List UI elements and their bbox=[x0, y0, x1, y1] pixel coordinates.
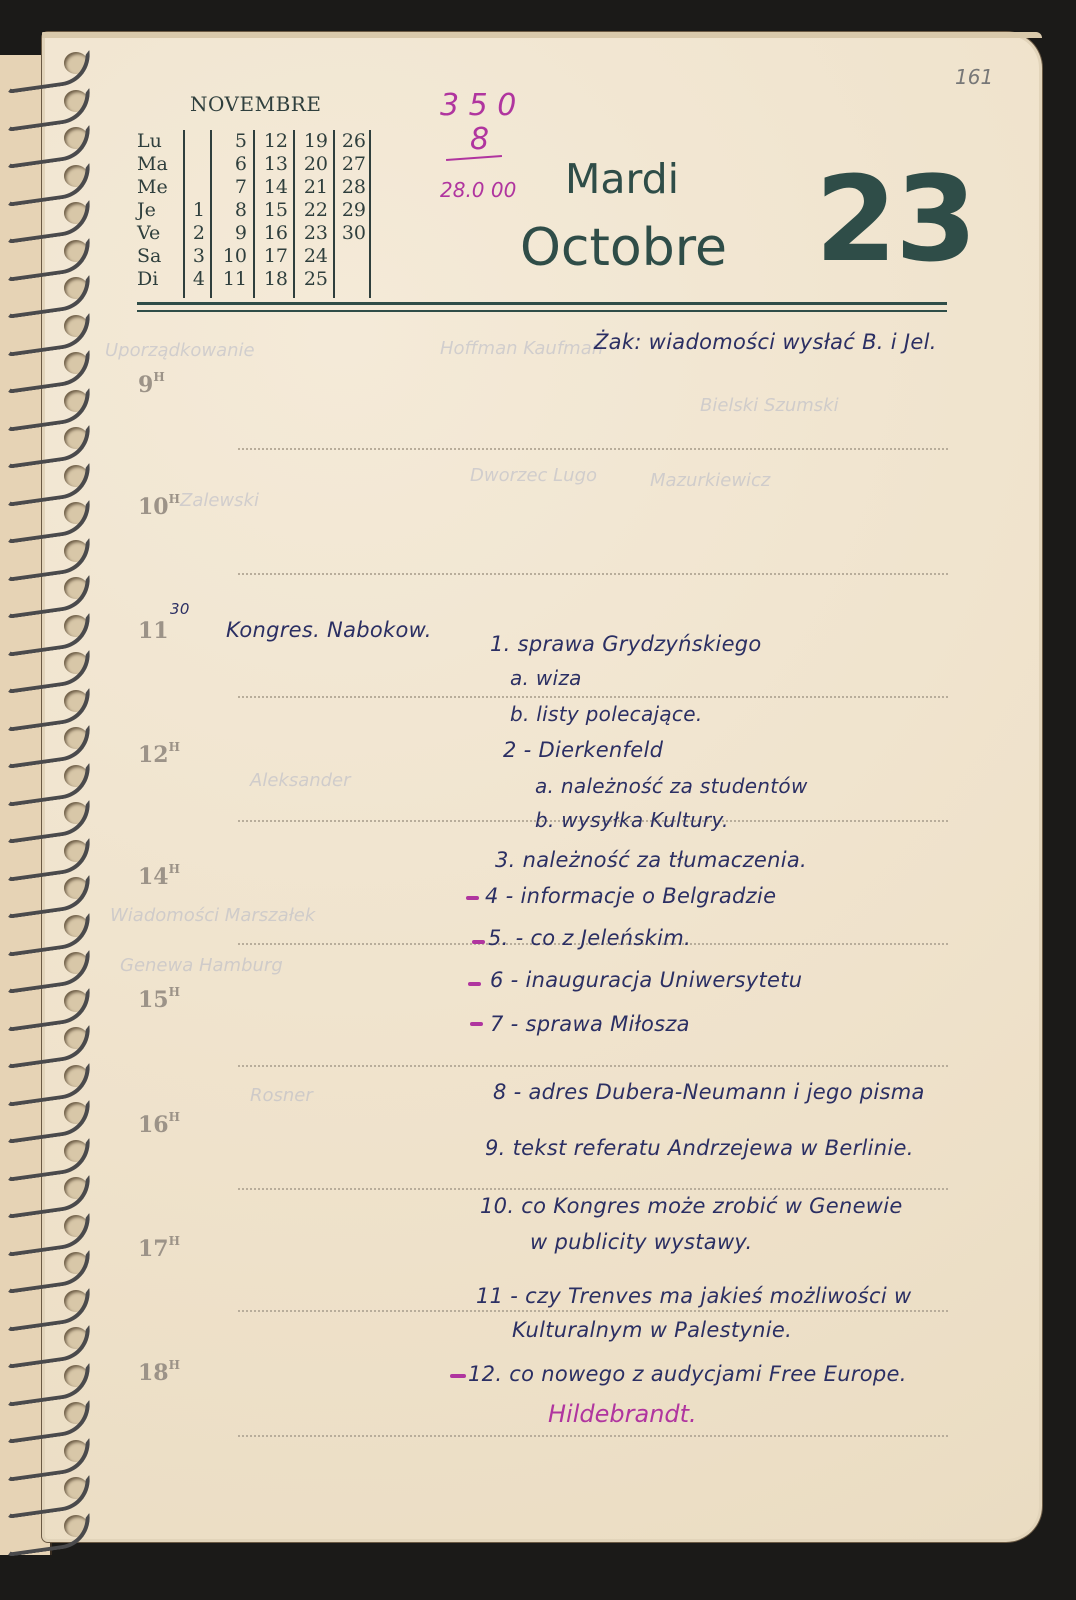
date-cell: 4 bbox=[185, 268, 205, 291]
dotted-rule bbox=[238, 1065, 948, 1067]
agenda-item-1: 1. sprawa Grydzyńskiego bbox=[490, 632, 762, 656]
dotted-rule bbox=[238, 448, 948, 450]
date-cell: 26 bbox=[335, 130, 366, 153]
mini-calendar-week-4: 19 20 21 22 23 24 25 bbox=[293, 130, 331, 298]
spiral-ring bbox=[4, 988, 94, 1024]
date-cell: 16 bbox=[255, 222, 288, 245]
spiral-ring bbox=[4, 1288, 94, 1324]
signature-hildebrandt: Hildebrandt. bbox=[548, 1400, 697, 1428]
pencil-tick-mark bbox=[470, 1022, 483, 1026]
spiral-ring bbox=[4, 275, 94, 311]
show-through-text: Uporządkowanie bbox=[105, 340, 255, 361]
pencil-tick-mark bbox=[468, 982, 481, 986]
spiral-binding bbox=[4, 50, 94, 1530]
meeting-minutes: 30 bbox=[170, 600, 190, 618]
spiral-ring bbox=[4, 88, 94, 124]
month-heading: Octobre bbox=[520, 218, 727, 278]
page-top-edge bbox=[42, 32, 1042, 38]
date-cell bbox=[335, 245, 366, 268]
date-cell: 6 bbox=[212, 153, 247, 176]
agenda-item-2b: b. wysyłka Kultury. bbox=[535, 808, 729, 832]
spiral-ring bbox=[4, 763, 94, 799]
date-cell: 7 bbox=[212, 176, 247, 199]
date-cell bbox=[185, 176, 205, 199]
spiral-ring bbox=[4, 463, 94, 499]
pencil-calc-line2: 8 bbox=[470, 122, 489, 157]
date-cell: 21 bbox=[295, 176, 328, 199]
spiral-ring bbox=[4, 800, 94, 836]
date-cell: 20 bbox=[295, 153, 328, 176]
date-cell: 14 bbox=[255, 176, 288, 199]
spiral-ring bbox=[4, 1513, 94, 1549]
date-cell: 1 bbox=[185, 199, 205, 222]
spiral-ring bbox=[4, 500, 94, 536]
weekday-label: Me bbox=[137, 176, 182, 199]
date-cell: 18 bbox=[255, 268, 288, 291]
spiral-ring bbox=[4, 1100, 94, 1136]
show-through-text: Wiadomości Marszałek bbox=[110, 905, 315, 926]
mini-calendar-week-1: 1 2 3 4 bbox=[183, 130, 208, 298]
agenda-item-9: 9. tekst referatu Andrzejewa w Berlinie. bbox=[485, 1136, 914, 1160]
date-cell: 8 bbox=[212, 199, 247, 222]
spiral-ring bbox=[4, 1213, 94, 1249]
date-cell: 30 bbox=[335, 222, 366, 245]
spiral-ring bbox=[4, 838, 94, 874]
pencil-tick-mark bbox=[466, 896, 479, 900]
weekday-heading: Mardi bbox=[565, 155, 679, 203]
agenda-item-4: 4 - informacje o Belgradzie bbox=[485, 884, 776, 908]
agenda-item-12: 12. co nowego z audycjami Free Europe. bbox=[468, 1362, 907, 1386]
show-through-text: Bielski Szumski bbox=[700, 395, 839, 416]
weekday-label: Ve bbox=[137, 222, 182, 245]
spiral-ring bbox=[4, 238, 94, 274]
spiral-ring bbox=[4, 725, 94, 761]
dotted-rule bbox=[238, 1435, 948, 1437]
date-cell: 23 bbox=[295, 222, 328, 245]
agenda-item-3: 3. należność za tłumaczenia. bbox=[495, 848, 807, 872]
spiral-ring bbox=[4, 425, 94, 461]
spiral-ring bbox=[4, 1363, 94, 1399]
hour-label-9: 9H bbox=[138, 372, 165, 398]
spiral-ring bbox=[4, 1475, 94, 1511]
date-cell: 24 bbox=[295, 245, 328, 268]
note-top: Żak: wiadomości wysłać B. i Jel. bbox=[594, 330, 937, 354]
weekday-label: Sa bbox=[137, 245, 182, 268]
date-cell bbox=[185, 130, 205, 153]
pencil-calc-result: 28.0 00 bbox=[440, 178, 516, 202]
spiral-ring bbox=[4, 1025, 94, 1061]
agenda-item-7: 7 - sprawa Miłosza bbox=[490, 1012, 690, 1036]
spiral-ring bbox=[4, 163, 94, 199]
date-cell: 2 bbox=[185, 222, 205, 245]
header-rule bbox=[137, 302, 947, 305]
spiral-ring bbox=[4, 350, 94, 386]
spiral-ring bbox=[4, 200, 94, 236]
spiral-ring bbox=[4, 875, 94, 911]
spiral-ring bbox=[4, 950, 94, 986]
date-cell: 28 bbox=[335, 176, 366, 199]
day-number: 23 bbox=[815, 150, 975, 288]
agenda-item-8: 8 - adres Dubera-Neumann i jego pisma bbox=[493, 1080, 925, 1104]
date-cell: 19 bbox=[295, 130, 328, 153]
spiral-ring bbox=[4, 1175, 94, 1211]
spiral-ring bbox=[4, 650, 94, 686]
dotted-rule bbox=[238, 696, 948, 698]
spiral-ring bbox=[4, 1438, 94, 1474]
hour-label-14: 14H bbox=[138, 864, 180, 890]
dotted-rule bbox=[238, 1310, 948, 1312]
weekday-label: Ma bbox=[137, 153, 182, 176]
date-cell bbox=[185, 153, 205, 176]
date-cell: 12 bbox=[255, 130, 288, 153]
spiral-ring bbox=[4, 613, 94, 649]
mini-calendar-week-3: 12 13 14 15 16 17 18 bbox=[253, 130, 291, 298]
date-cell: 29 bbox=[335, 199, 366, 222]
weekday-label: Di bbox=[137, 268, 182, 291]
agenda-item-10: 10. co Kongres może zrobić w Genewie bbox=[480, 1194, 903, 1218]
mini-calendar-week-5: 26 27 28 29 30 bbox=[333, 130, 371, 298]
page-number: 161 bbox=[955, 65, 993, 89]
mini-calendar-week-2: 5 6 7 8 9 10 11 bbox=[210, 130, 250, 298]
spiral-ring bbox=[4, 913, 94, 949]
agenda-item-5: 5. - co z Jeleńskim. bbox=[488, 926, 691, 950]
agenda-item-2: 2 - Dierkenfeld bbox=[503, 738, 663, 762]
date-cell: 15 bbox=[255, 199, 288, 222]
date-cell: 9 bbox=[212, 222, 247, 245]
agenda-item-6: 6 - inauguracja Uniwersytetu bbox=[490, 968, 802, 992]
weekday-label: Je bbox=[137, 199, 182, 222]
hour-label-12: 12H bbox=[138, 742, 180, 768]
dotted-rule bbox=[238, 1188, 948, 1190]
agenda-item-1a: a. wiza bbox=[510, 666, 582, 690]
spiral-ring bbox=[4, 538, 94, 574]
wire-coil bbox=[2, 1513, 94, 1557]
hour-label-17: 17H bbox=[138, 1236, 180, 1262]
date-cell: 22 bbox=[295, 199, 328, 222]
hour-label-10: 10H bbox=[138, 494, 180, 520]
date-cell: 11 bbox=[212, 268, 247, 291]
date-cell bbox=[335, 268, 366, 291]
show-through-text: Hoffman Kaufman bbox=[440, 338, 603, 359]
hour-label-16: 16H bbox=[138, 1112, 180, 1138]
spiral-ring bbox=[4, 50, 94, 86]
spiral-ring bbox=[4, 313, 94, 349]
spiral-ring bbox=[4, 1063, 94, 1099]
date-cell: 17 bbox=[255, 245, 288, 268]
mini-calendar-title: NOVEMBRE bbox=[190, 92, 321, 116]
agenda-item-1b: b. listy polecające. bbox=[510, 702, 703, 726]
mini-calendar-weekdays: Lu Ma Me Je Ve Sa Di bbox=[137, 130, 182, 291]
show-through-text: Genewa Hamburg bbox=[120, 955, 283, 976]
show-through-text: Rosner bbox=[250, 1085, 313, 1106]
date-cell: 27 bbox=[335, 153, 366, 176]
hour-label-15: 15H bbox=[138, 987, 180, 1013]
spiral-ring bbox=[4, 1400, 94, 1436]
date-cell: 10 bbox=[212, 245, 247, 268]
date-cell: 5 bbox=[212, 130, 247, 153]
show-through-text: Zalewski bbox=[180, 490, 259, 511]
meeting-title: Kongres. Nabokow. bbox=[226, 618, 432, 642]
show-through-text: Mazurkiewicz bbox=[650, 470, 770, 491]
pencil-calc-line1: 3 5 0 bbox=[440, 88, 516, 123]
pencil-tick-mark bbox=[472, 940, 485, 944]
spiral-ring bbox=[4, 688, 94, 724]
weekday-label: Lu bbox=[137, 130, 182, 153]
spiral-ring bbox=[4, 575, 94, 611]
dotted-rule bbox=[238, 573, 948, 575]
agenda-item-11-cont: Kulturalnym w Palestynie. bbox=[512, 1318, 792, 1342]
spiral-ring bbox=[4, 1325, 94, 1361]
agenda-item-2a: a. należność za studentów bbox=[535, 774, 808, 798]
spiral-ring bbox=[4, 1250, 94, 1286]
agenda-item-10-cont: w publicity wystawy. bbox=[530, 1230, 753, 1254]
hour-label-18: 18H bbox=[138, 1360, 180, 1386]
header-rule bbox=[137, 310, 947, 312]
spiral-ring bbox=[4, 125, 94, 161]
spiral-ring bbox=[4, 1138, 94, 1174]
date-cell: 13 bbox=[255, 153, 288, 176]
spiral-ring bbox=[4, 388, 94, 424]
agenda-item-11: 11 - czy Trenves ma jakieś możliwości w bbox=[476, 1284, 911, 1308]
hour-label-11: 11 bbox=[138, 618, 169, 644]
date-cell: 3 bbox=[185, 245, 205, 268]
pencil-tick-mark bbox=[450, 1374, 466, 1378]
show-through-text: Dworzec Lugo bbox=[470, 465, 597, 486]
date-cell: 25 bbox=[295, 268, 328, 291]
show-through-text: Aleksander bbox=[250, 770, 351, 791]
